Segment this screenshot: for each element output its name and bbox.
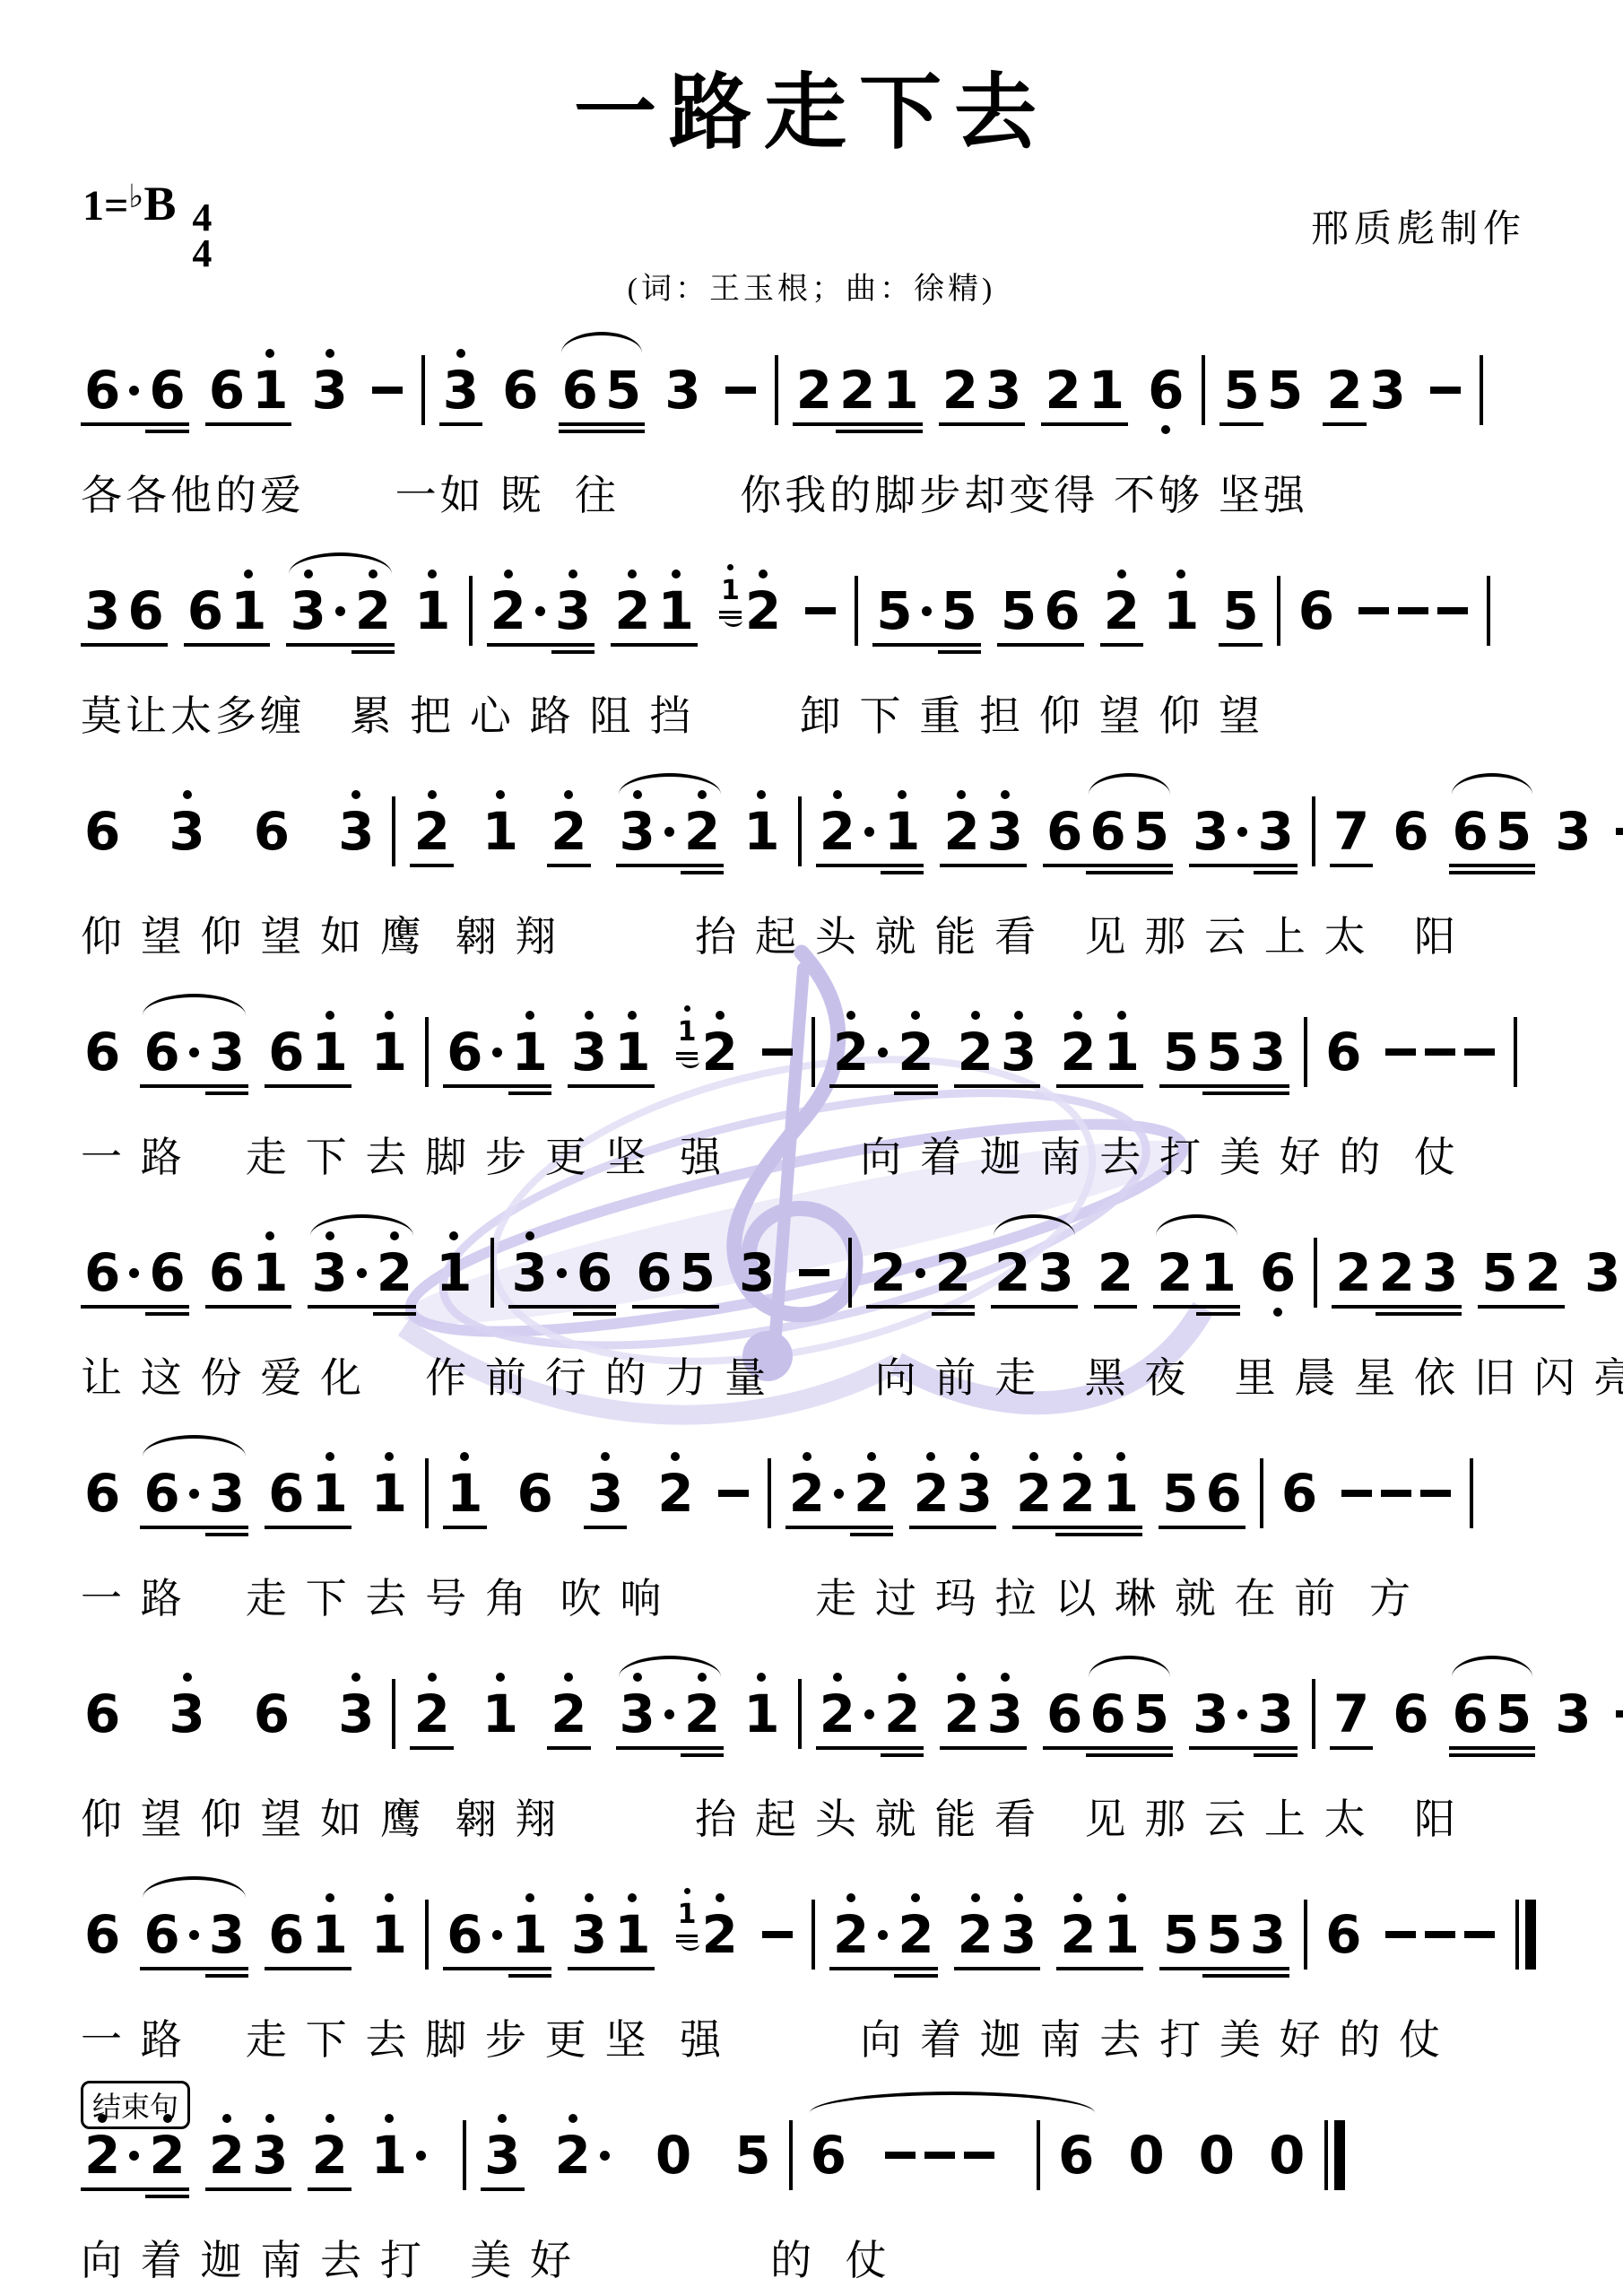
notes-row: 222321320566000 <box>81 2126 1609 2185</box>
barline <box>798 796 802 866</box>
beam-underline <box>1041 422 1084 426</box>
spacer <box>522 1714 547 1715</box>
beam-underline <box>265 1526 308 1529</box>
augmentation-dot <box>663 1684 677 1744</box>
note-5: 5 <box>1223 361 1259 420</box>
note-2: 2 <box>870 1243 906 1302</box>
octave-dot-high <box>633 790 642 799</box>
slur-group: 21 <box>1153 1243 1240 1302</box>
held-note-dash <box>924 2126 956 2185</box>
octave-dot-high <box>628 1011 637 1020</box>
note-2: 2 <box>1045 361 1081 420</box>
dash-mark <box>1464 1048 1495 1056</box>
octave-dot-high <box>846 1011 855 1020</box>
spacer <box>1040 1935 1056 1935</box>
note-2: 2 <box>413 802 449 861</box>
note-6: 6 <box>84 1905 120 1964</box>
spacer <box>352 1052 368 1053</box>
beam-underline <box>1100 1967 1143 1970</box>
octave-dot-high <box>911 1011 920 1020</box>
note-6: 6 <box>149 1243 185 1302</box>
barline <box>1312 1679 1315 1749</box>
notes-row: 366132123211255562156 <box>81 581 1609 640</box>
note-3: 3 <box>587 1464 623 1523</box>
beam-underline <box>859 1746 881 1750</box>
dot-mark <box>129 2151 139 2161</box>
note-1: 1 <box>1163 581 1199 640</box>
dash-mark <box>718 1490 749 1497</box>
beam-underline <box>681 1746 724 1750</box>
beam-underline <box>954 1084 997 1088</box>
beam-underline <box>1094 1305 1137 1309</box>
octave-dot-high <box>1014 1011 1023 1020</box>
augmentation-dot <box>127 361 142 420</box>
note-3: 3 <box>987 1684 1023 1744</box>
spacer <box>551 1935 568 1935</box>
spacer <box>616 2155 652 2156</box>
beam-underline <box>982 422 1025 426</box>
note-6: 6 <box>268 1022 304 1082</box>
beam-underline <box>1130 1746 1173 1750</box>
dot-mark <box>189 1048 199 1057</box>
dash-mark <box>1464 1931 1495 1938</box>
spacer <box>1168 2155 1195 2156</box>
spacer <box>1173 1714 1189 1715</box>
beam-underline <box>785 1526 829 1529</box>
octave-dot-high <box>504 570 513 578</box>
lyrics-line: 莫让太多缠 累 把 心 路 阻 挡 卸 下 重 担 仰 望 仰 望 <box>81 683 1614 743</box>
note-2: 2 <box>1060 1022 1096 1082</box>
note-2: 2 <box>958 1905 994 1964</box>
beam-underline <box>1254 1753 1297 1757</box>
beam-underline <box>984 1746 1027 1750</box>
beam-underline <box>352 650 395 654</box>
dot-mark <box>492 1930 502 1940</box>
beam-underline <box>681 1753 724 1757</box>
arranger-credit: 邢质彪制作 <box>1311 199 1526 253</box>
beam-underline <box>632 1305 675 1309</box>
note-3: 3 <box>571 1022 607 1082</box>
beam-underline <box>184 1967 205 1970</box>
beam-underline <box>248 1305 291 1309</box>
beam-underline <box>551 643 595 647</box>
octave-dot-high <box>163 2114 172 2123</box>
note-6: 6 <box>1281 1464 1317 1523</box>
note-2: 2 <box>1157 1243 1193 1302</box>
slur-group: 32 <box>308 1243 416 1302</box>
beam-underline <box>443 1084 486 1088</box>
spacer <box>432 2155 448 2156</box>
spacer <box>1365 1935 1381 1935</box>
spacer <box>454 831 479 832</box>
augmentation-dot <box>876 1905 890 1964</box>
note-0: 0 <box>1269 2126 1305 2185</box>
dot-mark <box>557 1268 567 1278</box>
note-6: 6 <box>84 1022 120 1082</box>
spacer <box>189 1273 205 1274</box>
beam-underline <box>1492 864 1535 867</box>
dot-mark <box>864 1709 874 1719</box>
spacer <box>724 1714 740 1715</box>
note-0: 0 <box>1199 2126 1235 2185</box>
dash-mark <box>1385 1048 1416 1056</box>
spacer <box>124 831 165 832</box>
music-line: 结束句222321320566000向 着 迦 南 去 打 美 好 的 仗 <box>0 2081 1623 2296</box>
beam-underline <box>793 422 836 426</box>
final-barline <box>1515 1900 1536 1970</box>
beam-underline <box>1086 871 1129 874</box>
slur-group: 66 <box>807 2120 1098 2190</box>
note-3: 3 <box>1370 361 1406 420</box>
dot-mark <box>535 606 545 616</box>
beam-underline <box>373 1305 416 1309</box>
music-line: 636321232122236653376653仰 望 仰 望 如 鹰 翱 翔 … <box>0 1639 1623 1860</box>
final-bar-thin <box>1324 2120 1328 2190</box>
barline <box>1277 576 1280 646</box>
note-3: 3 <box>290 581 325 640</box>
note-6: 6 <box>502 361 538 420</box>
barline <box>768 1458 771 1528</box>
spacer <box>785 611 801 612</box>
spacer <box>352 2155 368 2156</box>
beam-underline <box>205 1533 248 1536</box>
beam-underline <box>1196 1312 1239 1316</box>
note-2: 2 <box>209 2126 245 2185</box>
spacer <box>1462 1273 1478 1274</box>
note-3: 3 <box>1555 802 1591 861</box>
dash-mark <box>372 387 403 394</box>
beam-underline <box>1449 1753 1492 1757</box>
dash-mark <box>762 1931 793 1938</box>
beam-underline <box>308 1305 351 1309</box>
beam-underline <box>140 1526 183 1529</box>
beam-underline <box>1492 871 1535 874</box>
spacer <box>1098 2155 1124 2156</box>
spacer <box>893 1493 909 1494</box>
spacer <box>168 611 184 612</box>
beam-underline <box>872 643 916 647</box>
octave-dot-high <box>265 1231 274 1240</box>
beam-underline <box>1254 871 1297 874</box>
final-bar-thin <box>1515 1900 1519 1970</box>
note-2: 2 <box>820 802 855 861</box>
held-note-dash <box>1615 1684 1623 1744</box>
dot-mark <box>357 1268 367 1278</box>
beam-underline <box>1492 1746 1535 1750</box>
beam-underline <box>443 1967 486 1970</box>
notes-row: 66613213665322232216223523 <box>81 1243 1609 1302</box>
dot-mark <box>189 1489 199 1499</box>
note-5: 5 <box>1162 1464 1198 1523</box>
spacer <box>778 1273 794 1274</box>
beam-underline <box>984 864 1027 867</box>
note-3: 3 <box>338 802 374 861</box>
note-1: 1 <box>1200 1243 1236 1302</box>
note-2: 2 <box>701 1905 737 1964</box>
note-6: 6 <box>1089 802 1125 861</box>
spacer <box>938 1052 954 1053</box>
spacer <box>1565 1273 1581 1274</box>
note-2: 2 <box>614 581 650 640</box>
beam-underline <box>205 422 248 426</box>
beam-underline <box>551 650 595 654</box>
music-line: 66361116322223221566一 路 走 下 去 号 角 吹 响 走 … <box>0 1419 1623 1639</box>
note-3: 3 <box>209 1905 245 1964</box>
beam-underline <box>1330 1746 1373 1750</box>
beam-underline <box>1254 864 1297 867</box>
augmentation-dot <box>663 802 677 861</box>
note-2: 2 <box>884 1684 920 1744</box>
beam-underline <box>681 864 724 867</box>
note-6: 6 <box>577 1243 612 1302</box>
note-1: 1 <box>658 581 694 640</box>
note-3: 3 <box>338 1684 374 1744</box>
note-3: 3 <box>1001 1022 1037 1082</box>
barline <box>490 1238 494 1308</box>
octave-dot-high <box>601 1452 610 1461</box>
dash-mark <box>799 1269 829 1276</box>
spacer <box>291 2155 308 2156</box>
note-5: 5 <box>1163 1905 1199 1964</box>
note-2: 2 <box>1098 1243 1133 1302</box>
beam-underline <box>1012 1526 1055 1529</box>
note-3: 3 <box>571 1905 607 1964</box>
note-3: 3 <box>252 2126 288 2185</box>
beam-underline <box>568 1967 611 1970</box>
beam-underline <box>602 430 645 433</box>
note-2: 2 <box>490 581 526 640</box>
spacer <box>1306 390 1323 391</box>
spacer <box>655 1052 671 1053</box>
note-2: 2 <box>1379 1243 1415 1302</box>
beam-underline <box>227 643 270 647</box>
held-note-dash <box>1424 1905 1456 1964</box>
octave-dot-low <box>1273 1308 1282 1317</box>
dash-mark <box>1616 1710 1623 1718</box>
sheet-page: 一路走下去 1=♭B44 邢质彪制作 (词：王玉根；曲：徐精) 66613366… <box>0 0 1623 2296</box>
beam-underline <box>991 1305 1034 1309</box>
note-2: 2 <box>943 1684 979 1744</box>
note-6: 6 <box>517 1464 553 1523</box>
dot-mark <box>1237 827 1247 837</box>
spacer <box>1410 390 1426 391</box>
song-title: 一路走下去 <box>0 47 1623 165</box>
final-bar-thick <box>1525 1900 1536 1970</box>
note-3: 3 <box>1037 1243 1073 1302</box>
note-1: 1 <box>371 1464 407 1523</box>
beam-underline <box>547 1746 590 1750</box>
note-2: 2 <box>898 1905 933 1964</box>
note-3: 3 <box>1001 1905 1037 1964</box>
barline <box>1304 1900 1307 1970</box>
spacer <box>1078 1273 1094 1274</box>
held-note-dash <box>1419 1464 1452 1523</box>
beam-underline <box>866 1305 909 1309</box>
spacer <box>189 2155 205 2156</box>
beam-underline <box>1099 1533 1142 1536</box>
octave-dot-high <box>1029 1452 1038 1461</box>
note-3: 3 <box>1555 1684 1591 1744</box>
slur-group: 65 <box>1449 1684 1536 1744</box>
octave-dot-high <box>957 1673 966 1682</box>
octave-dot-high <box>369 570 378 578</box>
note-1: 1 <box>1104 1022 1140 1082</box>
beam-underline <box>859 864 881 867</box>
note-6: 6 <box>143 1464 179 1523</box>
spacer <box>1025 390 1041 391</box>
beam-underline <box>1330 864 1373 867</box>
spacer <box>124 1052 140 1053</box>
beam-underline <box>894 1084 937 1088</box>
spacer <box>1373 831 1389 832</box>
beam-underline <box>1246 1084 1289 1088</box>
augmentation-dot <box>555 1243 569 1302</box>
note-1: 1 <box>482 802 518 861</box>
held-note-dash <box>804 581 837 640</box>
note-3: 3 <box>1584 1243 1620 1302</box>
octave-dot-high <box>1117 570 1126 578</box>
barline <box>392 796 395 866</box>
beam-underline <box>1478 1305 1521 1309</box>
note-2: 2 <box>311 2126 347 2185</box>
note-6: 6 <box>447 1022 482 1082</box>
beam-underline <box>940 864 983 867</box>
beam-underline <box>81 422 124 426</box>
dash-mark <box>1420 1490 1451 1497</box>
spacer <box>395 611 411 612</box>
beam-underline <box>676 1057 699 1060</box>
note-5: 5 <box>876 581 912 640</box>
held-note-dash <box>1384 1022 1417 1082</box>
spacer <box>698 1493 714 1494</box>
beam-underline <box>1246 1974 1289 1978</box>
barline <box>425 1458 429 1528</box>
note-5: 5 <box>680 1243 716 1302</box>
note-1: 1 <box>482 1684 518 1744</box>
note-1: 1 <box>884 802 920 861</box>
notes-row: 6636116131122223215536 <box>81 1022 1609 1082</box>
beam-underline <box>932 1312 975 1316</box>
note-3: 3 <box>985 361 1021 420</box>
octave-dot-high <box>564 1673 573 1682</box>
beam-underline <box>145 430 188 433</box>
octave-dot-high <box>183 790 192 799</box>
lyrics-line: 仰 望 仰 望 如 鹰 翱 翔 抬 起 头 就 能 看 见 那 云 上 太 阳 <box>81 904 1614 963</box>
dot-mark <box>834 1489 844 1499</box>
dash-mark <box>1430 387 1461 394</box>
beam-underline <box>124 2187 145 2191</box>
spacer <box>1173 831 1189 832</box>
note-2: 2 <box>555 2126 591 2185</box>
beam-underline <box>719 616 742 619</box>
dash-mark <box>725 387 756 394</box>
beam-underline <box>829 1526 850 1529</box>
held-note-dash <box>798 1243 830 1302</box>
note-3: 3 <box>957 1464 993 1523</box>
lyrics-line: 各各他的爱 一如 既 往 你我的脚步却变得 不够 坚强 <box>81 463 1614 522</box>
dot-mark <box>916 1268 925 1278</box>
beam-underline <box>1449 1746 1492 1750</box>
note-6: 6 <box>1393 1684 1428 1744</box>
note-6: 6 <box>143 1022 179 1082</box>
octave-dot-high <box>449 1231 458 1240</box>
note-1: 1 <box>512 1905 548 1964</box>
beam-underline <box>1130 871 1173 874</box>
beam-underline <box>655 643 698 647</box>
note-2: 2 <box>657 1464 693 1523</box>
key-prefix: 1= <box>82 182 128 230</box>
beam-underline <box>81 643 124 647</box>
beam-underline <box>894 1091 937 1095</box>
spacer <box>416 1273 432 1274</box>
barline <box>1202 355 1205 425</box>
dot-mark <box>129 386 139 396</box>
beam-underline <box>681 871 724 874</box>
note-6: 6 <box>1205 1464 1241 1523</box>
dot-mark <box>1237 1709 1247 1719</box>
note-3: 3 <box>209 1022 245 1082</box>
octave-dot-high <box>633 1673 642 1682</box>
final-bar-thick <box>1334 2120 1345 2190</box>
music-line: 6661336653221232165523各各他的爱 一如 既 往 你我的脚步… <box>0 316 1623 536</box>
barline <box>855 576 858 646</box>
beam-underline <box>124 1305 145 1309</box>
octave-dot-high <box>971 1893 980 1902</box>
note-2: 2 <box>684 1684 720 1744</box>
note-6: 6 <box>1046 802 1082 861</box>
octave-dot-high <box>628 1893 637 1902</box>
augmentation-dot <box>598 2126 612 2185</box>
note-6: 6 <box>1325 1905 1361 1964</box>
spacer <box>525 2155 551 2156</box>
note-2: 2 <box>551 1684 586 1744</box>
note-2: 2 <box>796 361 832 420</box>
beam-underline <box>487 643 530 647</box>
key-signature: 1=♭B44 <box>82 176 212 273</box>
note-6: 6 <box>1148 361 1184 420</box>
spacer <box>850 2155 881 2156</box>
barline <box>811 1900 815 1970</box>
beam-underline <box>124 643 167 647</box>
dot-mark <box>922 606 932 616</box>
spacer <box>189 390 205 391</box>
dash-mark <box>1341 1490 1372 1497</box>
octave-dot-high <box>352 1673 360 1682</box>
octave-dot-high <box>385 1893 394 1902</box>
spacer <box>124 1714 165 1715</box>
beam-underline <box>676 1305 719 1309</box>
augmentation-dot <box>355 1243 369 1302</box>
note-6: 6 <box>1393 802 1428 861</box>
octave-dot-high <box>428 1673 437 1682</box>
octave-dot-high <box>456 349 465 358</box>
octave-dot-high <box>846 1893 855 1902</box>
lyrics-line: 让 这 份 爱 化 作 前 行 的 力 量 向 前 走 黑 夜 里 晨 星 依 … <box>81 1345 1614 1405</box>
note-2: 2 <box>833 1022 869 1082</box>
beam-underline <box>602 422 645 426</box>
octave-dot-high <box>496 790 505 799</box>
spacer <box>698 611 714 612</box>
note-1: 1 <box>371 1905 407 1964</box>
spacer <box>487 1493 514 1494</box>
slur-group: 63 <box>140 1022 248 1082</box>
beam-underline <box>954 1967 997 1970</box>
notes-row: 636321232122236653376653 <box>81 1684 1609 1744</box>
dot-mark <box>492 1048 502 1057</box>
beam-underline <box>894 1967 937 1970</box>
note-5: 5 <box>1133 1684 1169 1744</box>
note-6: 6 <box>1058 2126 1094 2185</box>
